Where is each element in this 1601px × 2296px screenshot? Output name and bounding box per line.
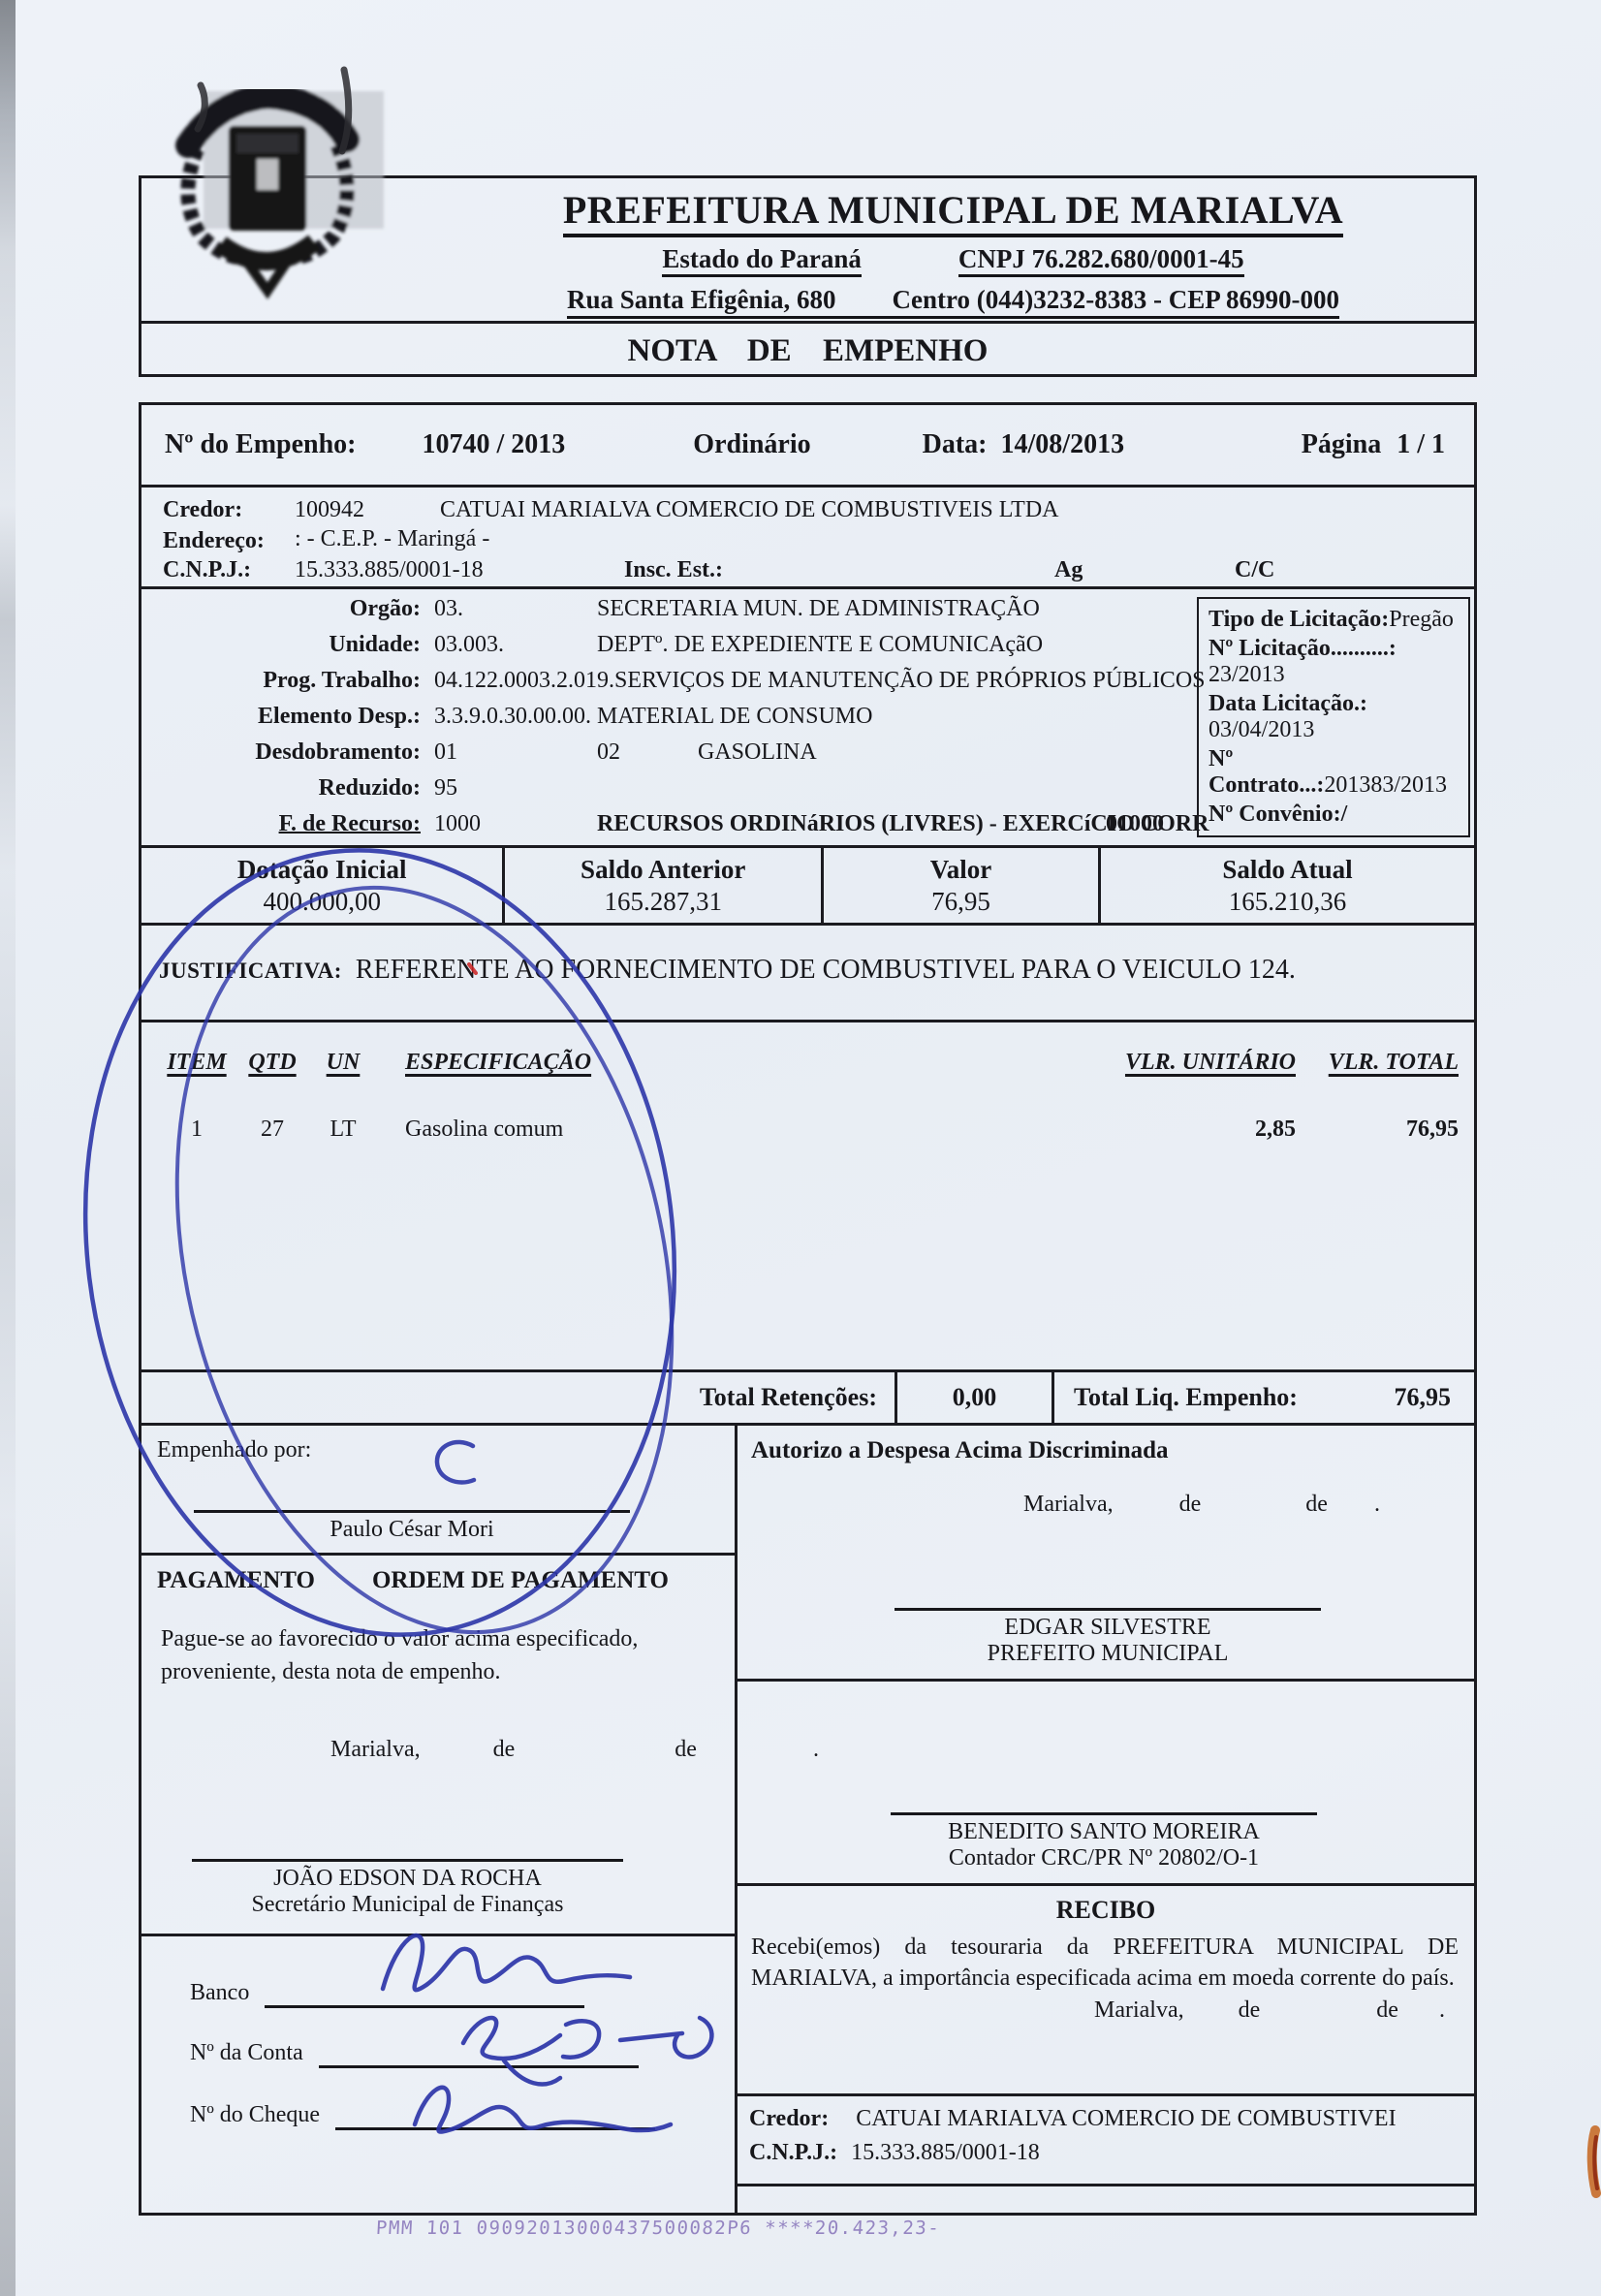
scan-edge-shadow — [0, 0, 16, 2296]
municipality-title: PREFEITURA MUNICIPAL DE MARIALVA — [563, 187, 1343, 237]
num-contrato-row: Nº Contrato...:201383/2013 — [1209, 746, 1459, 799]
dot-matrix-microprint: PMM 101 09092013000437500082P6 ****20.42… — [375, 2217, 940, 2239]
ag-label: Ag — [1054, 557, 1083, 583]
district-phone-cep: Centro (044)3232-8383 - CEP 86990-000 — [893, 285, 1339, 315]
pagamento-text: Pague-se ao favorecido o valor acima esp… — [161, 1623, 711, 1688]
pagamento-title: PAGAMENTO — [157, 1567, 361, 1594]
total-liq-label: Total Liq. Empenho: — [1074, 1383, 1298, 1412]
pagamento-heading: PAGAMENTO ORDEM DE PAGAMENTO — [141, 1556, 735, 1594]
creditor-block: Credor: 100942 CATUAI MARIALVA COMERCIO … — [141, 488, 1474, 589]
empenhado-signature-block: Paulo César Mori — [194, 1510, 630, 1543]
date-value: 14/08/2013 — [1001, 429, 1125, 460]
items-table-header: ITEM QTD UN ESPECIFICAÇÃO VLR. UNITÁRIO … — [157, 1050, 1459, 1076]
pagamento-section: PAGAMENTO ORDEM DE PAGAMENTO Pague-se ao… — [141, 1556, 735, 1936]
signature-line — [194, 1510, 630, 1513]
cheque-row: Nº do Cheque — [190, 2097, 735, 2130]
cc-label: C/C — [1235, 557, 1274, 583]
banco-row: Banco — [190, 1975, 735, 2008]
document-header: PREFEITURA MUNICIPAL DE MARIALVA Estado … — [139, 175, 1477, 324]
saldo-atual-cell: Saldo Atual165.210,36 — [1101, 848, 1474, 923]
signature-line — [192, 1859, 623, 1862]
empenho-modality: Ordinário — [693, 429, 810, 460]
balance-row: Dotação Inicial400.000,00 Saldo Anterior… — [141, 845, 1474, 926]
cnpj-label: CNPJ 76.282.680/0001-45 — [958, 244, 1244, 277]
empenho-number-value: 10740 / 2013 — [423, 429, 566, 460]
saldo-anterior-cell: Saldo Anterior165.287,31 — [505, 848, 824, 923]
insc-est-label: Insc. Est.: — [624, 557, 723, 583]
empenho-number-row: Nº do Empenho: 10740 / 2013 Ordinário Da… — [141, 405, 1474, 488]
signer-role: Contador CRC/PR Nº 20802/O-1 — [891, 1845, 1317, 1871]
justificativa-text: REFERENTE AO FORNECIMENTO DE COMBUSTIVEL… — [356, 955, 1296, 985]
total-liq-value: 76,95 — [1395, 1383, 1452, 1412]
cheque-fill-line — [335, 2097, 655, 2130]
credor-footer-box: Credor:CATUAI MARIALVA COMERCIO DE COMBU… — [738, 2096, 1474, 2186]
num-licitacao-row: Nº Licitação..........: 23/2013 — [1209, 636, 1459, 688]
num-convenio-row: Nº Convênio:/ — [1209, 802, 1459, 828]
dotacao-inicial-cell: Dotação Inicial400.000,00 — [141, 848, 505, 923]
autorizo-city-date-line: Marialva,dede. — [738, 1492, 1474, 1518]
scanned-document-page: PREFEITURA MUNICIPAL DE MARIALVA Estado … — [0, 0, 1601, 2296]
endereco-label: Endereço: — [163, 528, 265, 554]
recibo-section: RECIBO Recebi(emos) da tesouraria da PRE… — [738, 1886, 1474, 2096]
nota-de-empenho-document: PREFEITURA MUNICIPAL DE MARIALVA Estado … — [139, 175, 1477, 2216]
item-row: 1 27 LT Gasolina comum 2,85 76,95 — [157, 1117, 1459, 1143]
credor-code: 100942 — [295, 497, 364, 523]
banco-fill-line — [265, 1975, 584, 2008]
bank-details-section: Banco Nº da Conta Nº do Cheque — [141, 1936, 735, 2213]
credor-label: Credor: — [163, 497, 242, 523]
totals-row: Total Retenções: 0,00 Total Liq. Empenho… — [141, 1369, 1474, 1426]
mayor-signature-block: EDGAR SILVESTRE PREFEITO MUNICIPAL — [895, 1608, 1321, 1667]
page-value: 1 / 1 — [1397, 429, 1445, 460]
items-table: ITEM QTD UN ESPECIFICAÇÃO VLR. UNITÁRIO … — [141, 1050, 1474, 1369]
finance-secretary-signature-block: JOÃO EDSON DA ROCHA Secretário Municipal… — [192, 1859, 623, 1918]
recibo-city-date-line: Marialva,dede. — [738, 1997, 1474, 2024]
cnpj-value: 15.333.885/0001-18 — [295, 557, 484, 583]
conta-fill-line — [319, 2035, 639, 2068]
right-signature-column: Autorizo a Despesa Acima Discriminada Ma… — [738, 1426, 1474, 2213]
credor-name: CATUAI MARIALVA COMERCIO DE COMBUSTIVEIS… — [440, 497, 1059, 523]
tipo-licitacao-row: Tipo de Licitação:Pregão — [1209, 607, 1459, 633]
page-label: Página — [1302, 429, 1381, 460]
signer-name: JOÃO EDSON DA ROCHA — [192, 1866, 623, 1892]
date-label: Data: — [923, 429, 988, 460]
endereco-value: : - C.E.P. - Maringá - — [295, 526, 489, 552]
left-signature-column: Empenhado por: Paulo César Mori PAGAMENT… — [141, 1426, 738, 2213]
empenhado-por-section: Empenhado por: Paulo César Mori — [141, 1426, 735, 1556]
recibo-title: RECIBO — [738, 1896, 1474, 1925]
valor-cell: Valor76,95 — [824, 848, 1101, 923]
licitacao-panel: Tipo de Licitação:Pregão Nº Licitação...… — [1197, 597, 1470, 837]
signer-name: EDGAR SILVESTRE — [895, 1615, 1321, 1641]
total-retencoes-label: Total Retenções: — [141, 1372, 897, 1423]
state-label: Estado do Paraná — [662, 244, 862, 277]
header-line-state-cnpj: Estado do Paraná CNPJ 76.282.680/0001-45 — [432, 244, 1474, 277]
justificativa-label: JUSTIFICATIVA: — [159, 959, 342, 983]
pagamento-city-date-line: Marialva,dede. — [141, 1737, 735, 1763]
header-line-address: Rua Santa Efigênia, 680 Centro (044)3232… — [432, 285, 1474, 319]
budget-classification-block: Orgão:03.SECRETARIA MUN. DE ADMINISTRAÇÃ… — [141, 589, 1474, 845]
main-form-box: Nº do Empenho: 10740 / 2013 Ordinário Da… — [139, 402, 1477, 2216]
signature-line — [895, 1608, 1321, 1611]
signer-role: PREFEITO MUNICIPAL — [895, 1641, 1321, 1667]
header-text: PREFEITURA MUNICIPAL DE MARIALVA Estado … — [432, 178, 1474, 319]
justificativa-row: JUSTIFICATIVA: REFERENTE AO FORNECIMENTO… — [141, 926, 1474, 1022]
signature-sections: Empenhado por: Paulo César Mori PAGAMENT… — [141, 1426, 1474, 2213]
credor-footer-line1: Credor:CATUAI MARIALVA COMERCIO DE COMBU… — [749, 2106, 1474, 2132]
contador-section: BENEDITO SANTO MOREIRA Contador CRC/PR N… — [738, 1682, 1474, 1886]
document-title-bar: NOTA DE EMPENHO — [139, 321, 1477, 377]
empenhado-por-label: Empenhado por: — [141, 1426, 735, 1463]
total-liq-empenho: Total Liq. Empenho: 76,95 — [1054, 1372, 1474, 1423]
credor-footer-line2: C.N.P.J.:15.333.885/0001-18 — [749, 2140, 1474, 2166]
autorizo-title: Autorizo a Despesa Acima Discriminada — [738, 1426, 1474, 1464]
street-address: Rua Santa Efigênia, 680 — [567, 285, 836, 315]
autorizo-section: Autorizo a Despesa Acima Discriminada Ma… — [738, 1426, 1474, 1682]
signer-name: BENEDITO SANTO MOREIRA — [891, 1819, 1317, 1845]
signature-line — [891, 1812, 1317, 1815]
municipal-coat-of-arms-icon — [147, 89, 390, 302]
recibo-text: Recebi(emos) da tesouraria da PREFEITURA… — [751, 1933, 1459, 1994]
signer-role: Secretário Municipal de Finanças — [192, 1892, 623, 1918]
total-retencoes-value: 0,00 — [897, 1372, 1054, 1423]
empenho-number-label: Nº do Empenho: — [165, 429, 357, 460]
data-licitacao-row: Data Licitação.: 03/04/2013 — [1209, 691, 1459, 743]
accountant-signature-block: BENEDITO SANTO MOREIRA Contador CRC/PR N… — [891, 1812, 1317, 1871]
conta-row: Nº da Conta — [190, 2035, 735, 2068]
ordem-pagamento-title: ORDEM DE PAGAMENTO — [361, 1567, 719, 1594]
signer-name: Paulo César Mori — [194, 1517, 630, 1543]
orange-edge-smudge — [1592, 2130, 1597, 2193]
cnpj-label: C.N.P.J.: — [163, 557, 251, 583]
